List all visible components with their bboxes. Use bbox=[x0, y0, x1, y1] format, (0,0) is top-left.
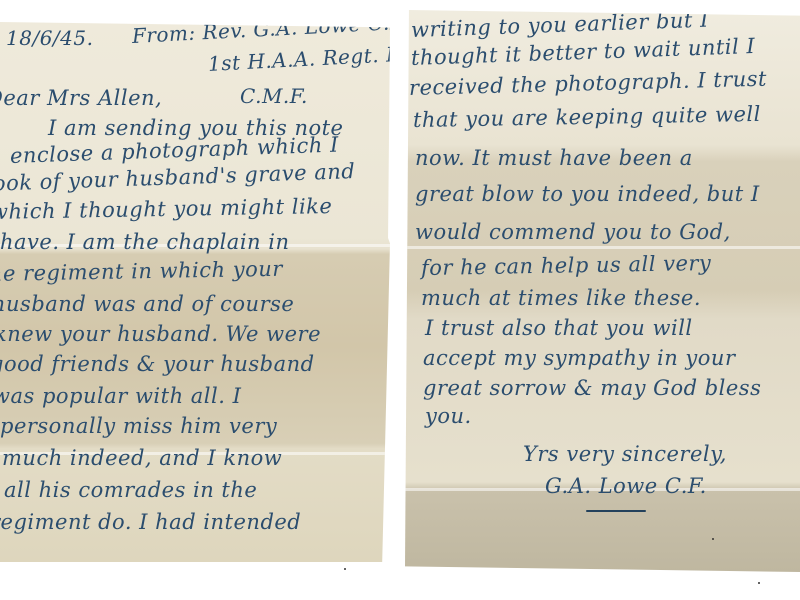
body-line: much indeed, and I know bbox=[2, 446, 282, 470]
signature-underline bbox=[586, 510, 646, 512]
body-line: would commend you to God, bbox=[415, 220, 731, 244]
body-line: all his comrades in the bbox=[4, 478, 257, 502]
body-line: you. bbox=[425, 404, 472, 428]
dust-speck bbox=[758, 582, 760, 584]
body-line: for he can help us all very bbox=[421, 251, 712, 280]
dust-speck bbox=[344, 568, 346, 570]
body-line: have. I am the chaplain in bbox=[0, 230, 289, 254]
dust-speck bbox=[712, 538, 714, 540]
body-line: received the photograph. I trust bbox=[409, 67, 768, 100]
body-line: husband was and of course bbox=[0, 292, 294, 316]
body-line: great blow to you indeed, but I bbox=[415, 182, 760, 206]
sender-line-2: 1st H.A.A. Regt. R.A. bbox=[207, 40, 390, 76]
letter-page-left: 18/6/45. From: Rev. G.A. Lowe C.F. 1st H… bbox=[0, 22, 390, 562]
body-line: I trust also that you will bbox=[425, 316, 693, 340]
body-line: regiment do. I had intended bbox=[0, 510, 301, 534]
letter-page-right: writing to you earlier but I thought it … bbox=[405, 10, 800, 572]
body-line: which I thought you might like bbox=[0, 194, 333, 224]
body-line: knew your husband. We were bbox=[0, 322, 321, 346]
body-line: was popular with all. I bbox=[0, 384, 241, 408]
sender-line-3: C.M.F. bbox=[240, 84, 308, 108]
body-line: good friends & your husband bbox=[0, 352, 315, 376]
body-line: now. It must have been a bbox=[415, 146, 693, 170]
body-line: the regiment in which your bbox=[0, 257, 283, 286]
body-line: great sorrow & may God bless bbox=[423, 376, 761, 400]
letter-date: 18/6/45. bbox=[6, 26, 93, 50]
paper-fold bbox=[405, 246, 800, 249]
salutation: Dear Mrs Allen, bbox=[0, 86, 162, 110]
body-line: accept my sympathy in your bbox=[423, 346, 736, 370]
body-line: that you are keeping quite well bbox=[413, 102, 761, 132]
body-line: much at times like these. bbox=[421, 286, 701, 310]
body-line: personally miss him very bbox=[0, 414, 277, 438]
closing-line: Yrs very sincerely, bbox=[523, 442, 727, 466]
signature: G.A. Lowe C.F. bbox=[545, 474, 707, 498]
